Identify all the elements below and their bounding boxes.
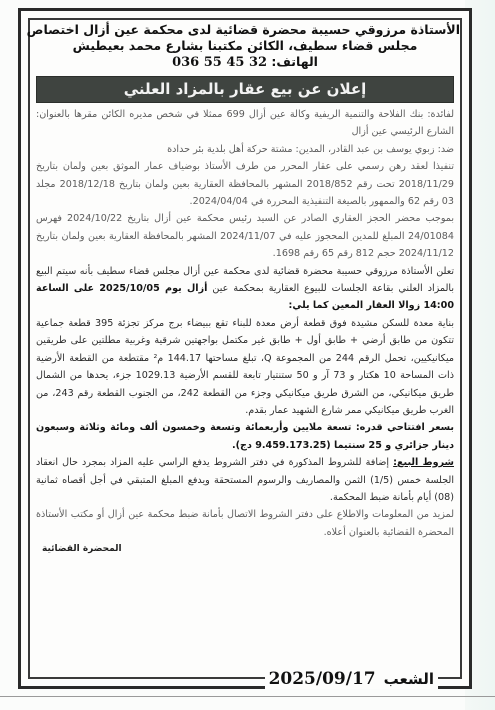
phone-number: 036 55 45 32 <box>172 55 267 70</box>
announcement-inner-frame: الأستاذة مرزوقي حسيبة محضرة قضائية لدى م… <box>28 18 462 679</box>
announcement-frame: الأستاذة مرزوقي حسيبة محضرة قضائية لدى م… <box>18 8 472 689</box>
header-phone-line: الهاتف: 036 55 45 32 <box>30 54 460 71</box>
signature-row: المحضرة القضائية <box>30 541 460 558</box>
announcement-title: إعلان عن بيع عقار بالمزاد العلني <box>36 76 454 103</box>
paragraph-opening-price: بسعر افتتاحي قدره: تسعة ملايين وأربعمائة… <box>36 419 454 454</box>
newspaper-name: الشعب <box>384 670 434 688</box>
header-line-2: مجلس قضاء سطيف، الكائن مكتبنا بشارع محمد… <box>30 38 460 54</box>
paragraph-debtor: ضد: زبوي يوسف بن عبد القادر، المدين: مشت… <box>36 141 454 158</box>
paragraph-auction-notice: تعلن الأستاذة مرزوقي حسيبة محضرة قضائية … <box>36 263 454 315</box>
sale-conditions-label: شروط البيع: <box>393 457 454 468</box>
paragraph-beneficiary: لفائدة: بنك الفلاحة والتنمية الريفية وكا… <box>36 106 454 141</box>
page-bottom-rule <box>0 696 495 697</box>
publication-footer: الشعب 2025/09/17 <box>265 669 438 689</box>
signature-bailiff: المحضرة القضائية <box>36 541 122 558</box>
phone-label: الهاتف: <box>271 54 318 69</box>
paragraph-contact-info: لمزيد من المعلومات والاطلاع على دفتر الش… <box>36 506 454 541</box>
paragraph-sale-conditions: شروط البيع: إضافة للشروط المذكورة في دفت… <box>36 454 454 506</box>
publication-date: 2025/09/17 <box>269 669 376 689</box>
announcement-body: لفائدة: بنك الفلاحة والتنمية الريفية وكا… <box>30 103 460 541</box>
bailiff-header: الأستاذة مرزوقي حسيبة محضرة قضائية لدى م… <box>30 20 460 71</box>
paragraph-mortgage: تنفيذا لعقد رهن رسمي على عقار المحرر من … <box>36 158 454 210</box>
paragraph-seizure: بموجب محضر الحجز العقاري الصادر عن السيد… <box>36 210 454 262</box>
sale-conditions-text: إضافة للشروط المذكورة في دفتر الشروط يدف… <box>36 457 454 503</box>
header-line-1: الأستاذة مرزوقي حسيبة محضرة قضائية لدى م… <box>30 22 460 38</box>
paragraph-property-description: بناية معدة للسكن مشيدة فوق قطعة أرض معدة… <box>36 315 454 419</box>
